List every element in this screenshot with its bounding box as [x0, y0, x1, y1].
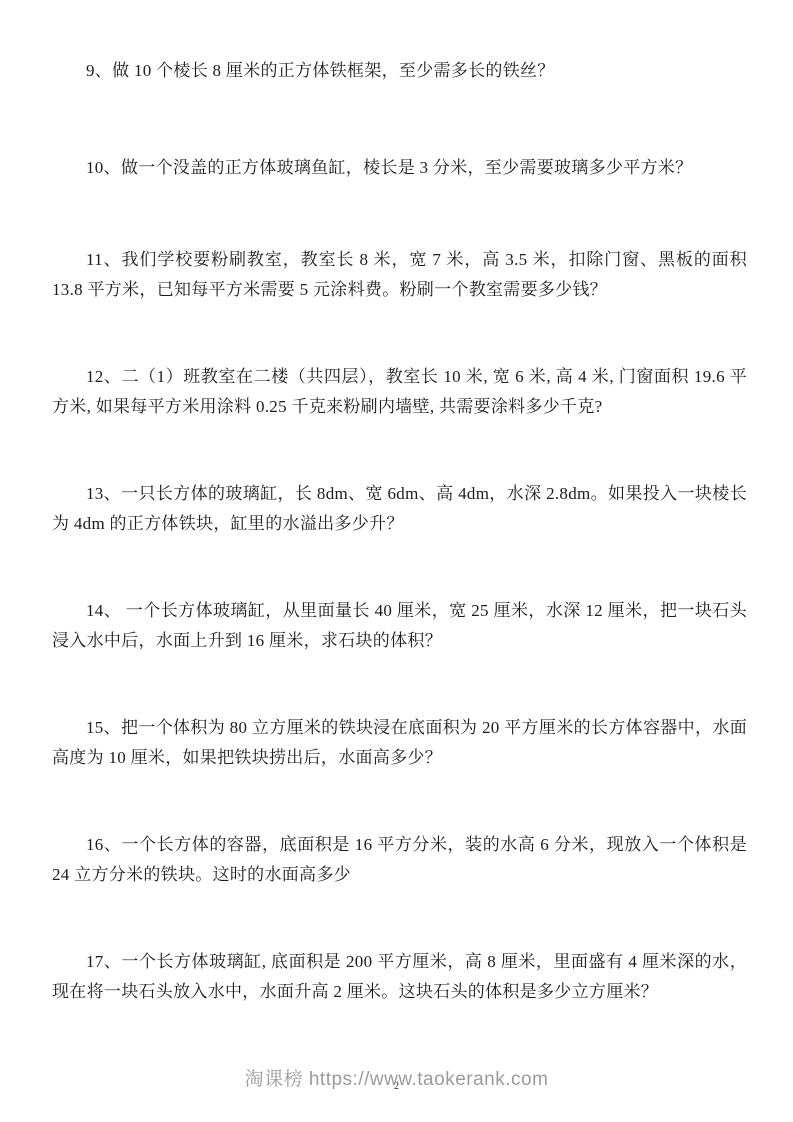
problem-10: 10、做一个没盖的正方体玻璃鱼缸，棱长是 3 分米，至少需要玻璃多少平方米？	[52, 153, 747, 183]
problem-13: 13、一只长方体的玻璃缸，长 8dm、宽 6dm、高 4dm，水深 2.8dm。…	[52, 479, 747, 539]
problem-14: 14、 一个长方体玻璃缸，从里面量长 40 厘米，宽 25 厘米，水深 12 厘…	[52, 596, 747, 656]
problem-15: 15、把一个体积为 80 立方厘米的铁块浸在底面积为 20 平方厘米的长方体容器…	[52, 713, 747, 773]
problem-list: 9、做 10 个棱长 8 厘米的正方体铁框架，至少需多长的铁丝？ 10、做一个没…	[52, 56, 747, 1007]
problem-17: 17、一个长方体玻璃缸, 底面积是 200 平方厘米，高 8 厘米，里面盛有 4…	[52, 947, 747, 1007]
problem-11: 11、我们学校要粉刷教室，教室长 8 米，宽 7 米，高 3.5 米，扣除门窗、…	[52, 245, 747, 305]
problem-9: 9、做 10 个棱长 8 厘米的正方体铁框架，至少需多长的铁丝？	[52, 56, 747, 86]
footer-watermark: 淘课榜 https://www.taokerank.com	[0, 1064, 793, 1091]
problem-12: 12、二（1）班教室在二楼（共四层），教室长 10 米, 宽 6 米, 高 4 …	[52, 362, 747, 422]
problem-16: 16、一个长方体的容器，底面积是 16 平方分米，装的水高 6 分米，现放入一个…	[52, 830, 747, 890]
worksheet-page: 9、做 10 个棱长 8 厘米的正方体铁框架，至少需多长的铁丝？ 10、做一个没…	[0, 0, 793, 1122]
